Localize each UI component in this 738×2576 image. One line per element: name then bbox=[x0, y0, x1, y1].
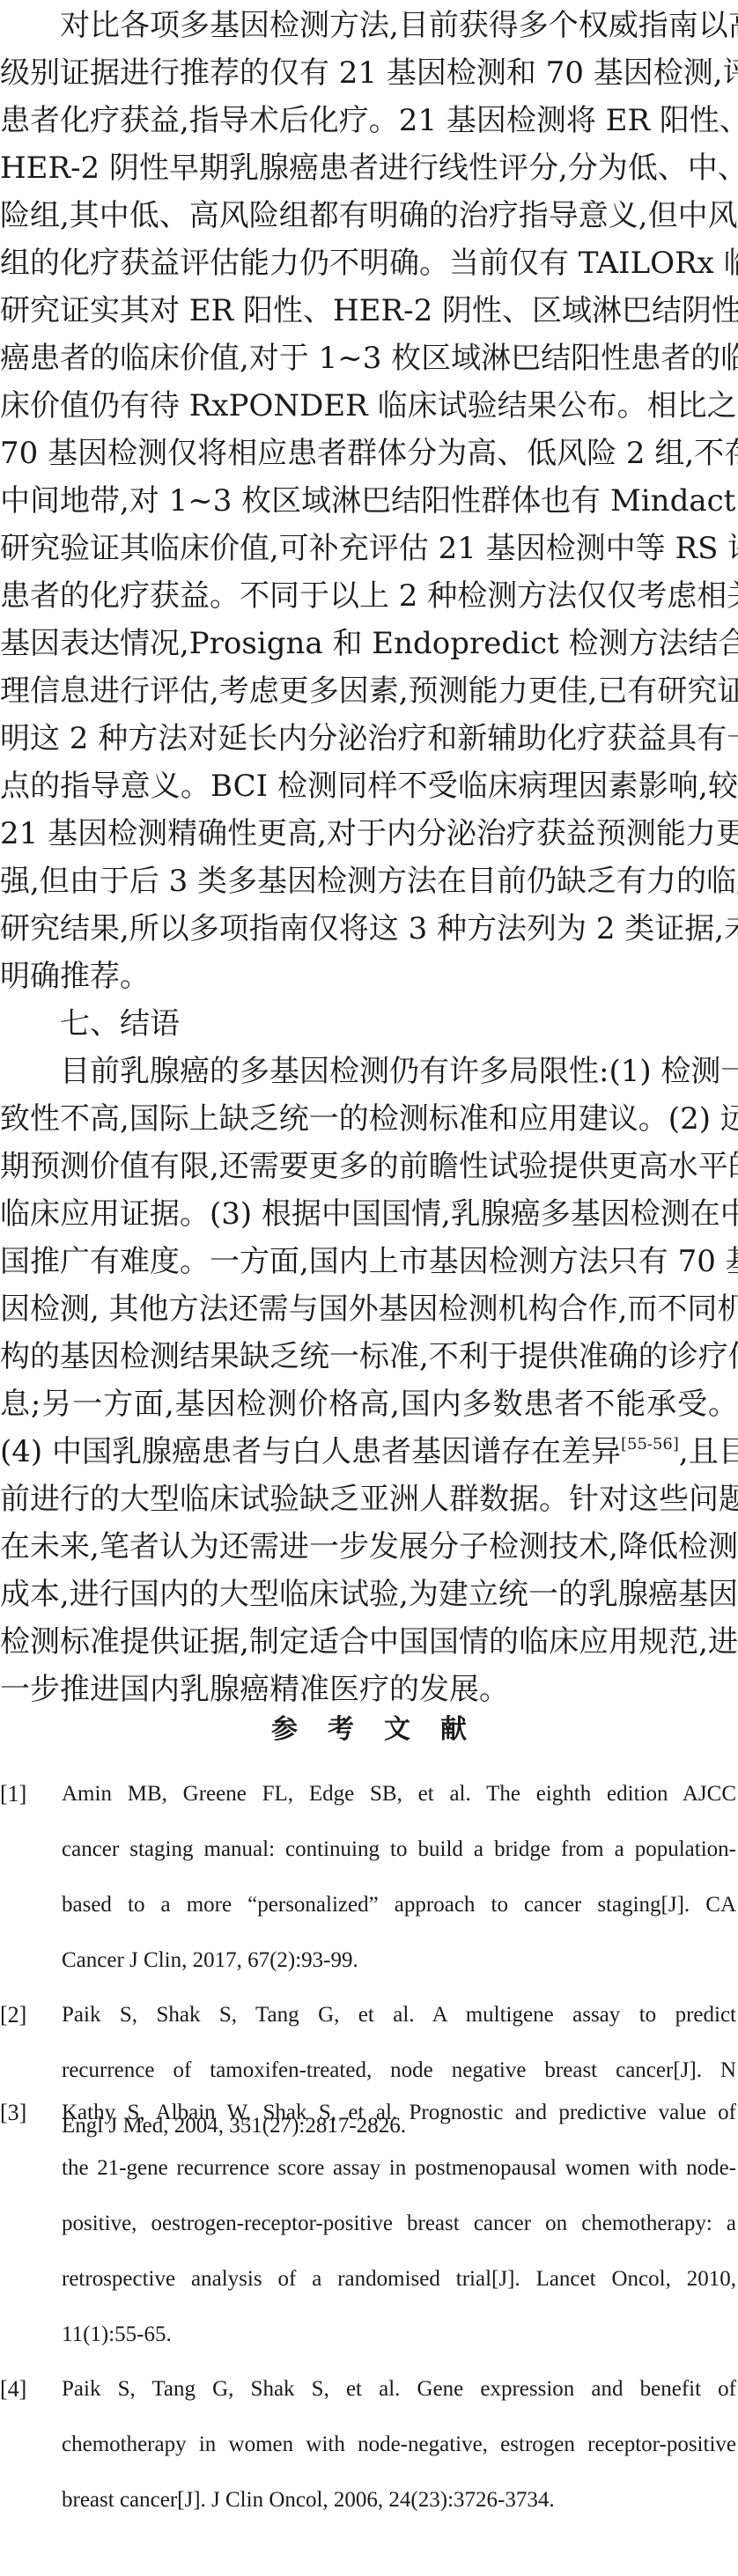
text-line: 组的化疗获益评估能力仍不明确。当前仅有 TAILORx 临床 bbox=[0, 239, 738, 287]
text-line: 目前乳腺癌的多基因检测仍有许多局限性:(1) 检测一 bbox=[60, 1048, 738, 1095]
references-title: 参考文献 bbox=[0, 1708, 738, 1752]
reference-number: [3] bbox=[0, 2095, 26, 2131]
reference-line: Kathy S, Albain W, Shak S, et al. Progno… bbox=[62, 2095, 736, 2131]
text-line: 床价值仍有待 RxPONDER 临床试验结果公布。相比之下, bbox=[0, 382, 738, 430]
text-line: 致性不高,国际上缺乏统一的检测标准和应用建议。(2) 远 bbox=[0, 1095, 738, 1143]
text-line: 研究证实其对 ER 阳性、HER-2 阴性、区域淋巴结阴性乳腺 bbox=[0, 287, 738, 335]
text-line: 明这 2 种方法对延长内分泌治疗和新辅助化疗获益具有一 bbox=[0, 715, 738, 762]
text-line: 级别证据进行推荐的仅有 21 基因检测和 70 基因检测,评估 bbox=[0, 49, 738, 97]
text-line: 检测标准提供证据,制定适合中国国情的临床应用规范,进 bbox=[0, 1618, 738, 1666]
text-line: 中间地带,对 1~3 枚区域淋巴结阳性群体也有 Mindact 临床 bbox=[0, 477, 738, 525]
text-line: 成本,进行国内的大型临床试验,为建立统一的乳腺癌基因 bbox=[0, 1571, 738, 1618]
text-line: 明确推荐。 bbox=[0, 953, 738, 1000]
text-line: 因检测, 其他方法还需与国外基因检测机构合作,而不同机 bbox=[0, 1285, 738, 1333]
text-line: 一步推进国内乳腺癌精准医疗的发展。 bbox=[0, 1666, 738, 1713]
reference-line: Paik S, Tang G, Shak S, et al. Gene expr… bbox=[62, 2372, 736, 2407]
text-line: 理信息进行评估,考虑更多因素,预测能力更佳,已有研究证 bbox=[0, 667, 738, 715]
reference-number: [2] bbox=[0, 1998, 26, 2033]
reference-line: breast cancer[J]. J Clin Oncol, 2006, 24… bbox=[62, 2483, 736, 2518]
reference-line: chemotherapy in women with node-negative… bbox=[62, 2427, 736, 2462]
text-line: 强,但由于后 3 类多基因检测方法在目前仍缺乏有力的临床 bbox=[0, 857, 738, 905]
reference-line: recurrence of tamoxifen-treated, node ne… bbox=[62, 2053, 736, 2088]
reference-line: Cancer J Clin, 2017, 67(2):93-99. bbox=[62, 1943, 736, 1978]
section-heading-conclusion: 七、结语 bbox=[60, 1000, 180, 1048]
reference-line: positive, oestrogen-receptor-positive br… bbox=[62, 2206, 736, 2241]
reference-line: Amin MB, Greene FL, Edge SB, et al. The … bbox=[62, 1777, 736, 1812]
text-line: HER-2 阴性早期乳腺癌患者进行线性评分,分为低、中、高风 bbox=[0, 144, 738, 192]
text-line: 癌患者的临床价值,对于 1~3 枚区域淋巴结阳性患者的临 bbox=[0, 335, 738, 382]
text-line: 前进行的大型临床试验缺乏亚洲人群数据。针对这些问题, bbox=[0, 1476, 738, 1523]
reference-line: cancer staging manual: continuing to bui… bbox=[62, 1832, 736, 1867]
text-line: 研究验证其临床价值,可补充评估 21 基因检测中等 RS 评分 bbox=[0, 525, 738, 572]
text-line-with-citation: (4) 中国乳腺癌患者与白人患者基因谱存在差异[55-56],且目 bbox=[0, 1428, 738, 1476]
text-line: 70 基因检测仅将相应患者群体分为高、低风险 2 组,不存在 bbox=[0, 430, 738, 477]
text-line: 患者的化疗获益。不同于以上 2 种检测方法仅仅考虑相关 bbox=[0, 572, 738, 620]
text-line: 研究结果,所以多项指南仅将这 3 种方法列为 2 类证据,未 bbox=[0, 905, 738, 953]
reference-number: [1] bbox=[0, 1777, 26, 1812]
text-line: 在未来,笔者认为还需进一步发展分子检测技术,降低检测 bbox=[0, 1523, 738, 1571]
text-line: 期预测价值有限,还需要更多的前瞻性试验提供更高水平的 bbox=[0, 1143, 738, 1190]
reference-line: the 21-gene recurrence score assay in po… bbox=[62, 2151, 736, 2186]
text-segment: ,且目 bbox=[679, 1434, 738, 1469]
text-segment: (4) 中国乳腺癌患者与白人患者基因谱存在差异 bbox=[0, 1434, 621, 1469]
text-line: 基因表达情况,Prosigna 和 Endopredict 检测方法结合临床病 bbox=[0, 620, 738, 667]
text-line: 对比各项多基因检测方法,目前获得多个权威指南以高 bbox=[60, 2, 738, 49]
reference-line: 11(1):55-65. bbox=[62, 2317, 736, 2352]
text-line: 临床应用证据。(3) 根据中国国情,乳腺癌多基因检测在中 bbox=[0, 1190, 738, 1238]
text-line: 构的基因检测结果缺乏统一标准,不利于提供准确的诊疗信 bbox=[0, 1333, 738, 1380]
text-line: 患者化疗获益,指导术后化疗。21 基因检测将 ER 阳性、 bbox=[0, 97, 738, 144]
text-line: 21 基因检测精确性更高,对于内分泌治疗获益预测能力更 bbox=[0, 810, 738, 857]
text-line: 息;另一方面,基因检测价格高,国内多数患者不能承受。 bbox=[0, 1380, 738, 1428]
text-line: 点的指导意义。BCI 检测同样不受临床病理因素影响,较 bbox=[0, 762, 738, 810]
reference-number: [4] bbox=[0, 2372, 26, 2407]
reference-line: retrospective analysis of a randomised t… bbox=[62, 2262, 736, 2297]
reference-line: Paik S, Shak S, Tang G, et al. A multige… bbox=[62, 1998, 736, 2033]
reference-line: based to a more “personalized” approach … bbox=[62, 1888, 736, 1923]
citation-link[interactable]: [55-56] bbox=[621, 1435, 679, 1454]
text-line: 国推广有难度。一方面,国内上市基因检测方法只有 70 基 bbox=[0, 1238, 738, 1285]
text-line: 险组,其中低、高风险组都有明确的治疗指导意义,但中风险 bbox=[0, 192, 738, 239]
